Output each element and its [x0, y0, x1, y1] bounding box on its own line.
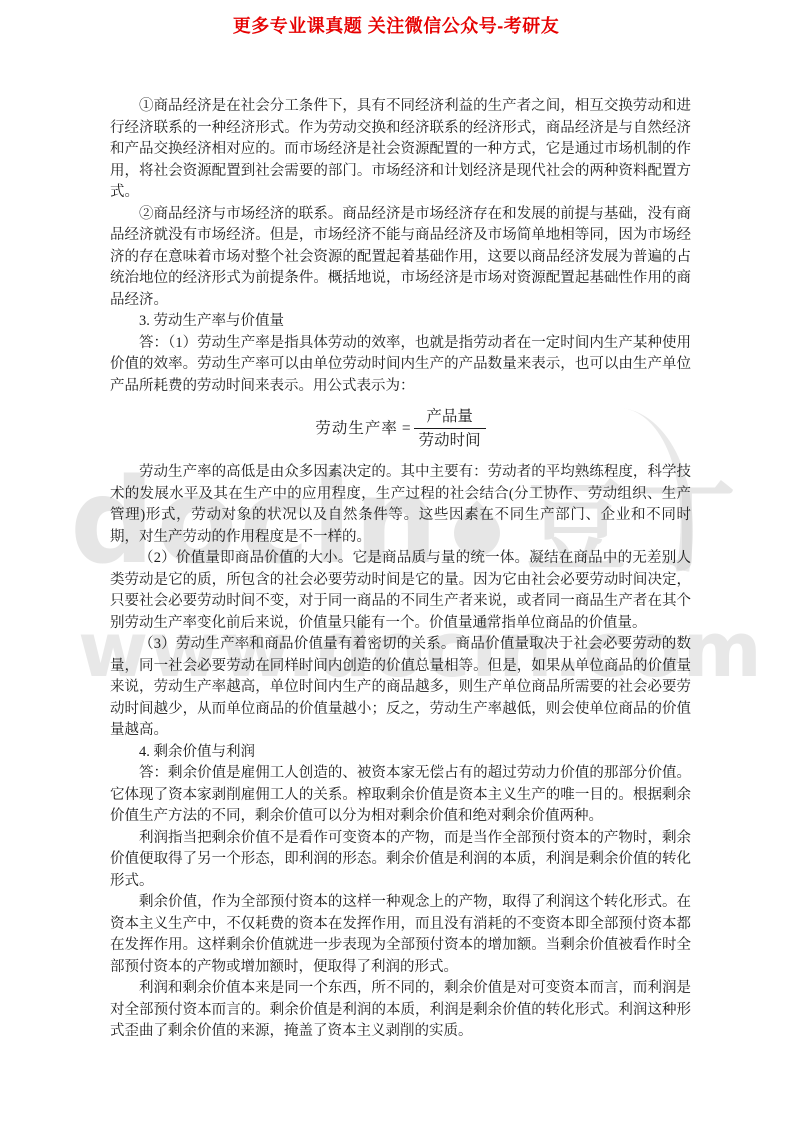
paragraph-value-quantity: （2）价值量即商品价值的大小。它是商品质与量的统一体。凝结在商品中的无差别人类劳…: [110, 548, 691, 634]
paragraph-productivity-factors: 劳动生产率的高低是由众多因素决定的。其中主要有：劳动者的平均熟练程度，科学技术的…: [110, 462, 691, 548]
paragraph-labor-productivity-definition: 答：（1）劳动生产率是指具体劳动的效率，也就是指劳动者在一定时间内生产某种使用价…: [110, 333, 691, 398]
paragraph-profit-definition: 利润指当把剩余价值不是看作可变资本的产物，而是当作全部预付资本的产物时，剩余价值…: [110, 828, 691, 893]
section-heading-labor-productivity: 3. 劳动生产率与价值量: [110, 311, 691, 333]
paragraph-surplus-value-transformation: 剩余价值，作为全部预付资本的这样一种观念上的产物，取得了利润这个转化形式。在资本…: [110, 892, 691, 978]
paragraph-commodity-economy: ①商品经济是在社会分工条件下，具有不同经济利益的生产者之间，相互交换劳动和进行经…: [110, 96, 691, 204]
paragraph-surplus-value-definition: 答：剩余价值是雇佣工人创造的、被资本家无偿占有的超过劳动力价值的那部分价值。它体…: [110, 763, 691, 828]
formula-lhs: 劳动生产率: [315, 418, 398, 440]
paragraph-productivity-value-relation: （3）劳动生产率和商品价值量有着密切的关系。商品价值量取决于社会必要劳动的数量，…: [110, 634, 691, 742]
formula-fraction: 产品量 劳动时间: [414, 406, 486, 451]
promo-header: 更多专业课真题 关注微信公众号-考研友: [0, 12, 792, 38]
fraction-denominator: 劳动时间: [414, 428, 486, 451]
paragraph-commodity-market-link: ②商品经济与市场经济的联系。商品经济是市场经济存在和发展的前提与基础，没有商品经…: [110, 204, 691, 312]
formula-labor-productivity: 劳动生产率= 产品量 劳动时间: [110, 406, 691, 451]
paragraph-profit-surplus-same: 利润和剩余价值本来是同一个东西，所不同的，剩余价值是对可变资本而言，而利润是对全…: [110, 978, 691, 1043]
section-heading-surplus-value: 4. 剩余价值与利润: [110, 742, 691, 764]
fraction-numerator: 产品量: [421, 406, 478, 428]
formula-equals-sign: =: [402, 418, 411, 440]
document-body: ①商品经济是在社会分工条件下，具有不同经济利益的生产者之间，相互交换劳动和进行经…: [110, 96, 691, 1043]
